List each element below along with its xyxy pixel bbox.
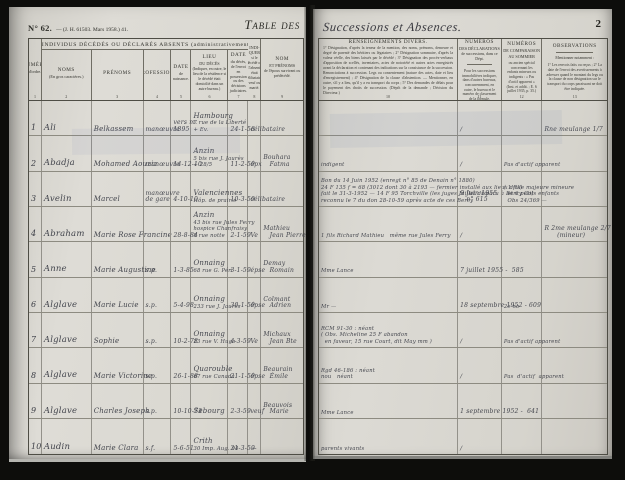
order-number: 6 [31, 301, 36, 310]
spouse-value: Michaux Jean Bte [263, 332, 297, 345]
marital-status-value: Ve [250, 233, 258, 240]
col-header-prenoms: PRÉNOMS 3 [92, 50, 144, 100]
declaration-value: ∕ [460, 162, 462, 169]
declaration-value: 9 Juin 1955 n° 615 [460, 191, 497, 204]
table-row: 3 Avelin Marcel manœuvre de gare 4-10-10… [29, 172, 303, 207]
deathdate-cell: 30-1-59 [228, 278, 248, 312]
order-number-cell: 3 [29, 172, 42, 206]
surname-cell: Abadja [42, 136, 92, 170]
col-header-epoux: NOM ET PRÉNOMS de l'époux survivant ou p… [261, 39, 303, 100]
declaration-cell: ∕ [458, 313, 502, 347]
profession-value: s.p. [146, 303, 158, 310]
observations-cell [542, 313, 607, 347]
page-number: 2 [596, 18, 602, 30]
deathdate-cell: 4-3-59 [228, 313, 248, 347]
table-row: 10 Audin Marie Clara s.f. 5-6-51 Crith 3… [29, 419, 303, 454]
col-header-sommier: NUMÉROS DE COMPARAISON AU SOMMIER ou anc… [502, 39, 543, 100]
deathplace-cell: Anzin 43 bis rue Jules Ferry hospice Cha… [191, 207, 228, 241]
table-title-right: Successions et Absences. [322, 20, 462, 35]
deathplace-value: Sebourg [193, 408, 224, 416]
deathdate-cell: 21-1-59 [228, 348, 248, 382]
marital-status-cell: veuf [248, 384, 261, 418]
declaration-value: ∕ [460, 339, 462, 346]
deathplace-cell: Sebourg [191, 384, 228, 418]
deathdate-cell: 11-2-59 [228, 136, 248, 170]
observations-cell [542, 172, 607, 206]
right-table-body: ∕ Rne meulange 1/7 indigent ∕ Pas d'acti… [319, 101, 607, 454]
order-number-cell: 8 [29, 348, 42, 382]
deathplace-value: Onnaing [193, 296, 225, 304]
deathplace-value: Quarouble [193, 366, 232, 374]
spouse-cell: Demay Romain [261, 242, 303, 276]
table-row: 4 Abraham Marie Rose Francine 28-8-84 An… [29, 207, 303, 242]
marital-status-cell: célibataire [248, 101, 261, 135]
table-row: Mme Lance 7 juillet 1955 - 585 [319, 242, 607, 277]
observations-value: Rne meulange 1/7 [544, 127, 602, 134]
col-header-naissance: DATE de naissance. 5 [171, 50, 191, 100]
surname-value: Ali [44, 124, 56, 134]
marital-status-cell: — [248, 419, 261, 454]
table-row: 6 Alglave Marie Lucie s.p. 5-4-98 Onnain… [29, 278, 303, 313]
table-row: 1 fils Richard Mathieu même rue Jules Fe… [319, 207, 607, 242]
notes-value: RCM 91-30 : néant ( Obs. Micheline 25 F … [321, 326, 432, 346]
observations-cell [542, 242, 607, 276]
table-row: 7 Alglave Sophie s.p. 10-2-78 Onnaing 23… [29, 313, 303, 348]
surname-cell: Audin [42, 419, 92, 454]
table-row: Rgd 46-186 : néant nou néant ∕ Pas d'act… [319, 348, 607, 383]
notes-cell: indigent [319, 136, 458, 170]
declaration-cell: 9 Juin 1955 n° 615 [458, 172, 502, 206]
firstnames-cell: Sophie [92, 313, 144, 347]
deathdate-cell: 21-3-59 [228, 419, 248, 454]
order-number: 8 [31, 372, 36, 381]
right-table: RENSEIGNEMENTS DIVERS. 1° Désignation, d… [318, 38, 608, 455]
table-row: 1 Ali Belkassem manœuvre vers m. 1895 Ha… [29, 101, 303, 136]
notes-value: Mme Lance [321, 410, 354, 417]
birthdate-cell: 5-6-51 [171, 419, 191, 454]
firstnames-value: Marie Clara [94, 445, 139, 453]
spouse-cell [261, 101, 303, 135]
notes-cell: Mme Lance [319, 384, 458, 418]
order-number-cell: 4 [29, 207, 42, 241]
firstnames-cell: Marcel [92, 172, 144, 206]
surname-value: Alglave [44, 301, 77, 311]
notes-cell: 1 fils Richard Mathieu même rue Jules Fe… [319, 207, 458, 241]
profession-cell [144, 207, 172, 241]
notes-value: Mr — [321, 304, 336, 311]
order-number: 3 [31, 195, 36, 204]
observations-cell: R 2me meulange 2/7 (mineur) [542, 207, 607, 241]
surname-cell: Alglave [42, 278, 92, 312]
firstnames-cell: Belkassem [92, 101, 144, 135]
declaration-value: ∕ [460, 127, 462, 134]
declaration-value: ∕ [460, 374, 462, 381]
marital-status-cell: célibataire [248, 172, 261, 206]
declaration-cell: ∕ [458, 136, 502, 170]
marital-status-value: Ve [250, 339, 258, 346]
col-header-profession: PROFESSION. 4 [144, 50, 172, 100]
notes-cell: parents vivants [319, 419, 458, 454]
deathplace-cell: Hambourg 7 rue de la Liberté + Ev. [191, 101, 228, 135]
form-reference: N° 62. — (J. H. 61503. Mars 1958.) 41. [28, 18, 128, 36]
right-page: Successions et Absences. 2 RENSEIGNEMENT… [313, 9, 612, 456]
notes-value: Mme Lance [321, 268, 354, 275]
col-header-date-deces: DATE du décès, de l'envoi en possession … [228, 50, 248, 100]
declaration-cell: 7 juillet 1955 - 585 [458, 242, 502, 276]
surname-cell: Anne [42, 242, 92, 276]
table-row: 9 Alglave Charles Joseph s.p. 10-10-73 S… [29, 384, 303, 419]
observations-cell: Rne meulange 1/7 [542, 101, 607, 135]
spouse-cell: Beaurain Émile [261, 348, 303, 382]
observations-cell [542, 348, 607, 382]
declaration-value: ∕ [460, 233, 462, 240]
birthdate-cell: 4-10-10 [171, 172, 191, 206]
declaration-value: ∕ [460, 446, 462, 453]
spouse-cell [261, 419, 303, 454]
sommier-cell: Pas d'actif apparent [502, 348, 543, 382]
profession-value: s.p. [146, 409, 158, 416]
form-ref-text: — (J. H. 61503. Mars 1958.) 41. [56, 27, 128, 33]
spouse-cell: Colmant Adrien [261, 278, 303, 312]
surname-value: Audin [44, 443, 70, 453]
notes-cell [319, 101, 458, 135]
declaration-cell: ∕ [458, 207, 502, 241]
firstnames-cell: Marie Augustine [92, 242, 144, 276]
observations-cell [542, 136, 607, 170]
sommier-cell [502, 101, 543, 135]
birthdate-cell: 5-4-98 [171, 278, 191, 312]
firstnames-cell: Charles Joseph [92, 384, 144, 418]
group-header: INDIVIDUS DÉCÉDÉS OU DÉCLARÉS ABSENTS (a… [42, 39, 249, 100]
left-page: N° 62. — (J. H. 61503. Mars 1958.) 41. T… [9, 7, 306, 459]
notes-cell: Rgd 46-186 : néant nou néant [319, 348, 458, 382]
table-row: RCM 91-30 : néant ( Obs. Micheline 25 F … [319, 313, 607, 348]
table-row: parents vivants ∕ [319, 419, 607, 454]
book-gutter-shadow [304, 5, 315, 461]
surname-cell: Alglave [42, 313, 92, 347]
profession-cell: s.f. [144, 419, 172, 454]
col-header-renseignements: RENSEIGNEMENTS DIVERS. 1° Désignation, d… [319, 39, 458, 100]
order-number-cell: 2 [29, 136, 42, 170]
profession-value: s.p. [146, 339, 158, 346]
col-header-etat-civil: INDI- QUER si le décédé ou l'absent étai… [248, 39, 261, 100]
spouse-value: Bouhara Fatma [263, 155, 290, 168]
surname-cell: Avelin [42, 172, 92, 206]
spouse-cell: Beauvois Marie [261, 384, 303, 418]
notes-value: parents vivants [321, 446, 364, 453]
notes-value: indigent [321, 162, 344, 169]
table-row: 2 Abadja Mohamed Aouziz manœuvre 14-12-1… [29, 136, 303, 171]
col-header-order: NUMÉRO d'ordre. 1 [29, 39, 42, 100]
firstnames-cell: Marie Lucie [92, 278, 144, 312]
profession-cell: manœuvre [144, 101, 172, 135]
deathdate-cell: 24-1-58 [228, 101, 248, 135]
surname-cell: Alglave [42, 384, 92, 418]
form-number: N° 62. [28, 23, 52, 33]
profession-value: s.p. [146, 268, 158, 275]
observations-value: R 2me meulange 2/7 (mineur) [544, 226, 610, 239]
surname-value: Alglave [44, 407, 77, 417]
firstnames-value: Marie Lucie [94, 302, 139, 310]
table-row: ∕ Rne meulange 1/7 [319, 101, 607, 136]
deathplace-cell: Quarouble 67 rue Canada [191, 348, 228, 382]
deathplace-value: Crith [193, 438, 212, 446]
table-row: indigent ∕ Pas d'actif apparent [319, 136, 607, 171]
notes-value: Rgd 46-186 : néant nou néant [321, 368, 375, 381]
marital-status-cell: Ve [248, 313, 261, 347]
order-number: 2 [31, 160, 36, 169]
spouse-cell: Michaux Jean Bte [261, 313, 303, 347]
col-header-observations: OBSERVATIONS Mentionner notamment : 1° L… [542, 39, 607, 100]
sommier-cell: Pas d'actif apparent [502, 136, 543, 170]
surname-cell: Ali [42, 101, 92, 135]
surname-value: Anne [44, 265, 67, 275]
order-number: 5 [31, 266, 36, 275]
spouse-cell: Bouhara Fatma [261, 136, 303, 170]
col-header-declarations: DATES ET NUMÉROS DES DÉCLARATIONS de suc… [458, 39, 502, 100]
declaration-cell: ∕ [458, 101, 502, 135]
order-number: 1 [31, 124, 36, 133]
notes-cell: Mr — [319, 278, 458, 312]
marital-status-cell: Ve [248, 207, 261, 241]
firstnames-cell: Marie Clara [92, 419, 144, 454]
declaration-cell: ∕ [458, 348, 502, 382]
order-number-cell: 5 [29, 242, 42, 276]
birthdate-cell: 10-10-73 [171, 384, 191, 418]
notes-cell: Bon du 14 Juin 1952 (enregt n° 85 de Den… [319, 172, 458, 206]
deathplace-detail: 68 rue G. Péri [193, 268, 232, 275]
declaration-cell: ∕ [458, 419, 502, 454]
deathplace-cell: Onnaing 68 rue G. Péri [191, 242, 228, 276]
observations-cell [542, 384, 607, 418]
observations-cell [542, 419, 607, 454]
deathdate-cell: 3-1-59 [228, 242, 248, 276]
birthdate-cell: 1-3-85 [171, 242, 191, 276]
right-table-header: RENSEIGNEMENTS DIVERS. 1° Désignation, d… [319, 39, 607, 101]
table-row: 8 Alglave Marie Victorine s.p. 26-1-88 Q… [29, 348, 303, 383]
declaration-cell: 18 septembre 1952 - 609 [458, 278, 502, 312]
deathplace-value: Anzin [193, 148, 214, 156]
group-title: INDIVIDUS DÉCÉDÉS OU DÉCLARÉS ABSENTS (a… [42, 39, 249, 50]
declaration-cell: 1 septembre 1952 - 641 [458, 384, 502, 418]
order-number: 4 [31, 230, 36, 239]
order-number: 7 [31, 336, 36, 345]
firstnames-cell: Marie Rose Francine [92, 207, 144, 241]
sommier-cell: 2e no [502, 278, 543, 312]
profession-cell: manœuvre [144, 136, 172, 170]
spouse-value: Beaurain Émile [263, 367, 292, 380]
birthdate-cell: vers m. 1895 [171, 101, 191, 135]
left-table-header: NUMÉRO d'ordre. 1 INDIVIDUS DÉCÉDÉS OU D… [29, 39, 303, 101]
left-table-body: 1 Ali Belkassem manœuvre vers m. 1895 Ha… [29, 101, 303, 454]
deathplace-cell: Crith 30 Imp. Aug. 94 [191, 419, 228, 454]
sommier-cell [502, 242, 543, 276]
deathplace-value: Onnaing [193, 331, 225, 339]
firstnames-cell: Mohamed Aouziz [92, 136, 144, 170]
table-row: Mme Lance 1 septembre 1952 - 641 [319, 384, 607, 419]
table-row: 5 Anne Marie Augustine s.p. 1-3-85 Onnai… [29, 242, 303, 277]
marital-status-cell: épse [248, 278, 261, 312]
deathplace-cell: Valenciennes Hôp. de prairie [191, 172, 228, 206]
surname-value: Alglave [44, 336, 77, 346]
spouse-value: Beauvois Marie [263, 403, 292, 416]
firstnames-value: Sophie [94, 338, 120, 346]
birthdate-cell: 26-1-88 [171, 348, 191, 382]
birthdate-cell: 10-2-78 [171, 313, 191, 347]
observations-cell [542, 278, 607, 312]
birthdate-cell: 28-8-84 [171, 207, 191, 241]
spouse-value: Colmant Adrien [263, 297, 291, 310]
table-title-left: Table des [244, 17, 300, 33]
sommier-cell [502, 207, 543, 241]
order-number: 10 [31, 443, 42, 452]
order-number-cell: 6 [29, 278, 42, 312]
spouse-cell: Mathieu Jean Pierre [261, 207, 303, 241]
spouse-cell [261, 172, 303, 206]
spouse-value: Demay Romain [263, 261, 294, 274]
firstnames-value: Marcel [94, 196, 120, 204]
deathplace-cell: Anzin 5 bis rue J. Jaurès + 28/5 [191, 136, 228, 170]
order-number-cell: 9 [29, 384, 42, 418]
col-header-lieu-deces: LIEU DU DÉCÈS (Indiquer, en outre, le li… [191, 50, 228, 100]
surname-value: Abraham [44, 230, 85, 240]
surname-value: Abadja [44, 159, 75, 169]
sommier-cell [502, 384, 543, 418]
deathplace-value: Anzin [193, 212, 214, 220]
order-number-cell: 7 [29, 313, 42, 347]
notes-cell: RCM 91-30 : néant ( Obs. Micheline 25 F … [319, 313, 458, 347]
marital-status-value: épx [250, 162, 261, 169]
marital-status-cell: épse [248, 242, 261, 276]
sommier-value: 2e no [504, 304, 519, 311]
deathdate-cell: 2-3-59 [228, 384, 248, 418]
spouse-value: Mathieu Jean Pierre [263, 226, 306, 239]
col-header-noms: NOMS (En gros caractères.) 2 [42, 50, 92, 100]
profession-cell: s.p. [144, 242, 172, 276]
deathdate-cell: 10-3-59 [228, 172, 248, 206]
firstnames-value: Charles Joseph [94, 408, 150, 416]
profession-cell: s.p. [144, 348, 172, 382]
marital-status-value: — [250, 446, 256, 453]
order-number-cell: 10 [29, 419, 42, 454]
order-number: 9 [31, 407, 36, 416]
marital-status-cell: épse [248, 348, 261, 382]
surname-value: Alglave [44, 371, 77, 381]
profession-cell: s.p. [144, 384, 172, 418]
sommier-cell [502, 419, 543, 454]
birthdate-cell: 14-12-10 [171, 136, 191, 170]
deathplace-cell: Onnaing 23 rue V. Hugo [191, 313, 228, 347]
profession-cell: s.p. [144, 313, 172, 347]
profession-cell: s.p. [144, 278, 172, 312]
sommier-cell: Pas d'actif apparent [502, 313, 543, 347]
profession-cell: manœuvre de gare [144, 172, 172, 206]
firstnames-cell: Marie Victorine [92, 348, 144, 382]
surname-cell: Alglave [42, 348, 92, 382]
notes-cell: Mme Lance [319, 242, 458, 276]
deathplace-cell: Onnaing 233 rue J. Jaurès [191, 278, 228, 312]
profession-value: s.f. [146, 446, 156, 453]
order-number-cell: 1 [29, 101, 42, 135]
profession-value: s.p. [146, 374, 158, 381]
notes-value: 1 fils Richard Mathieu même rue Jules Fe… [321, 233, 451, 240]
table-row: Bon du 14 Juin 1952 (enregt n° 85 de Den… [319, 172, 607, 207]
deathdate-cell: 2-1-59 [228, 207, 248, 241]
table-row: Mr — 18 septembre 1952 - 609 2e no [319, 278, 607, 313]
surname-value: Avelin [44, 195, 72, 205]
left-table: NUMÉRO d'ordre. 1 INDIVIDUS DÉCÉDÉS OU D… [28, 38, 304, 455]
firstnames-value: Belkassem [94, 126, 134, 134]
marital-status-cell: épx [248, 136, 261, 170]
surname-cell: Abraham [42, 207, 92, 241]
sommier-cell: ( 1 fille majeure mineure et 6 petits en… [502, 172, 543, 206]
